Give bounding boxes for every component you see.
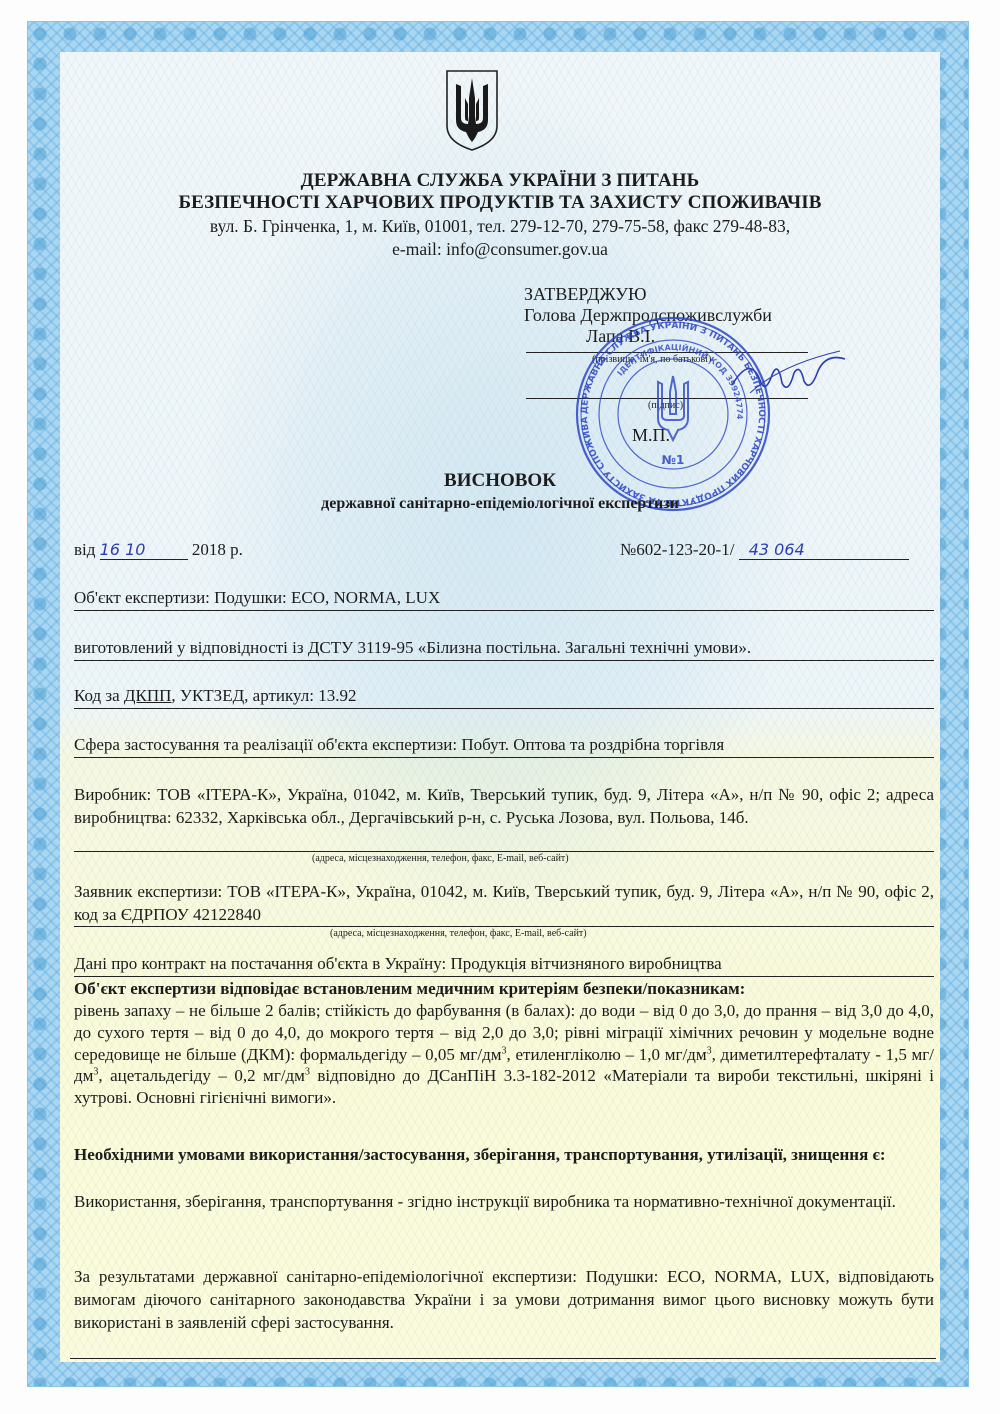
document-subtitle: державної санітарно-епідеміологічної екс… [60,495,940,513]
org-email: e-mail: info@consumer.gov.ua [60,238,940,260]
stamp-inner-text: ІДЕНТИФІКАЦІЙНИЙ КОД 39924774 [616,342,744,420]
field-manufactured: виготовлений у відповідності із ДСТУ 311… [74,637,934,659]
org-name-line2: БЕЗПЕЧНОСТІ ХАРЧОВИХ ПРОДУКТІВ ТА ЗАХИСТ… [60,192,940,214]
field-applicant: Заявник експертизи: ТОВ «ІТЕРА-К», Украї… [74,880,934,926]
field-code: Код за ДКПП, УКТЗЕД, артикул: 13.92 [74,685,934,707]
conclusion-body: За результатами державної санітарно-епід… [74,1265,934,1334]
conditions-heading: Необхідними умовами використання/застосу… [74,1144,934,1166]
document-title: ВИСНОВОК [60,470,940,492]
criteria-heading: Об'єкт експертизи відповідає встановлени… [74,978,934,1000]
field-object: Об'єкт експертизи: Подушки: ECO, NORMA, … [74,587,934,609]
rule [74,926,934,927]
date-suffix: 2018 р. [192,540,243,559]
rule [74,610,934,611]
applicant-caption: (адреса, місцезнаходження, телефон, факс… [330,928,587,939]
bottom-rule [70,1358,936,1359]
field-scope: Сфера застосування та реалізації об'єкта… [74,734,934,756]
rule [74,851,934,852]
signature-scribble [730,345,850,405]
number-line: №602-123-20-1/ 43 064 [620,540,909,560]
conditions-body: Використання, зберігання, транспортуванн… [74,1190,934,1213]
date-handwritten: 16 10 [100,540,188,560]
date-prefix: від [74,540,95,559]
rule [74,976,934,977]
rule [74,757,934,758]
rule [74,708,934,709]
criteria-text: , ацетальдегіду – 0,2 мг/дм [98,1066,305,1085]
number-prefix: №602-123-20-1/ [620,540,734,559]
svg-text:ІДЕНТИФІКАЦІЙНИЙ КОД 39924774: ІДЕНТИФІКАЦІЙНИЙ КОД 39924774 [616,342,744,420]
org-name-line1: ДЕРЖАВНА СЛУЖБА УКРАЇНИ З ПИТАНЬ [60,170,940,192]
criteria-body: рівень запаху – не більше 2 балів; стійк… [74,1000,934,1109]
manufacturer-caption: (адреса, місцезнаходження, телефон, факс… [312,853,569,864]
code-suffix: , УКТЗЕД, артикул: 13.92 [171,686,356,705]
rule [74,660,934,661]
number-handwritten: 43 064 [739,540,909,560]
code-prefix: Код за [74,686,124,705]
ukraine-trident-icon [444,68,500,152]
criteria-text: , етиленгліколю – 1,0 мг/дм [507,1045,707,1064]
approve-label: ЗАТВЕРДЖУЮ [524,284,772,305]
field-manufacturer: Виробник: ТОВ «ІТЕРА-К», Україна, 01042,… [74,783,934,829]
date-line: від 16 10 2018 р. [74,540,243,560]
code-dkpp-link: ДКПП [124,686,172,705]
field-contract: Дані про контракт на постачання об'єкта … [74,953,934,975]
stamp-number: №1 [662,453,685,467]
org-address: вул. Б. Грінченка, 1, м. Київ, 01001, те… [60,215,940,237]
